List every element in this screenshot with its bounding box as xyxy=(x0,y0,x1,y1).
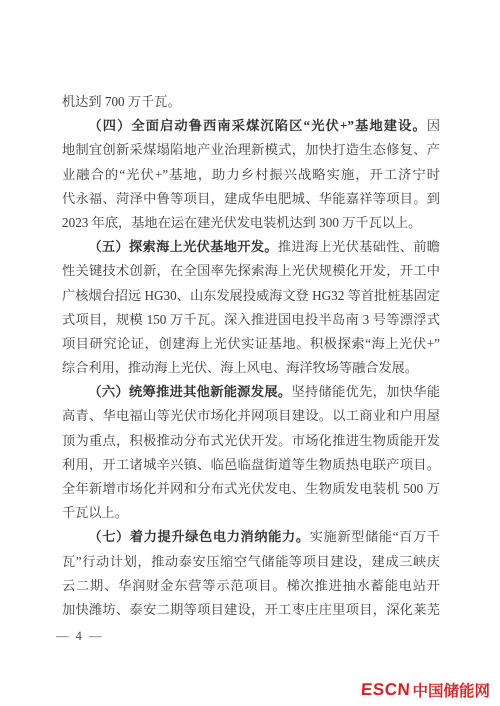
paragraph-text: 实施新型储能“百万千 xyxy=(310,529,440,544)
paragraph-heading: （五）探索海上光伏基地开发。 xyxy=(88,239,278,254)
paragraph-text: 推进海上光伏基础性、前瞻 xyxy=(278,239,440,254)
paragraph-text: 综合利用，推动海上光伏、海上风电、海洋牧场等融合发展。 xyxy=(62,360,418,375)
text-line: 2023 年底，基地在运在建光伏发电装机达到 300 万千瓦以上。 xyxy=(62,211,440,235)
paragraph-text: 千瓦以上。 xyxy=(62,505,128,520)
paragraph-text: 机达到 700 万千瓦。 xyxy=(62,94,181,109)
escn-logo-text-cn: 中国储能网 xyxy=(412,679,490,701)
text-line: 业融合的“光伏+”基地，助力乡村振兴战略实施，开工济宁时 xyxy=(62,163,440,187)
text-line: 性关键技术创新，在全国率先探索海上光伏规模化开发，开工中 xyxy=(62,259,440,283)
text-line: 地制宜创新采煤塌陷地产业治理新模式，加快打造生态修复、产 xyxy=(62,138,440,162)
document-body: 机达到 700 万千瓦。（四）全面启动鲁西南采煤沉陷区“光伏+”基地建设。因地制… xyxy=(62,90,440,622)
text-line: （五）探索海上光伏基地开发。推进海上光伏基础性、前瞻 xyxy=(62,235,440,259)
page-number: — 4 — xyxy=(56,629,104,644)
paragraph-text: 广核烟台招远 HG30、山东发展投威海文登 HG32 等首批桩基固定 xyxy=(62,288,440,303)
paragraph-text: 代永福、菏泽中鲁等项目，建成华电肥城、华能嘉祥等项目。到 xyxy=(62,191,440,206)
text-line: 代永福、菏泽中鲁等项目，建成华电肥城、华能嘉祥等项目。到 xyxy=(62,187,440,211)
text-line: 加快潍坊、泰安二期等项目建设，开工枣庄庄里项目，深化莱芜 xyxy=(62,598,440,622)
text-line: 综合利用，推动海上光伏、海上风电、海洋牧场等融合发展。 xyxy=(62,356,440,380)
paragraph-text: 坚持储能优先，加快华能 xyxy=(291,384,440,399)
paragraph-text: 式项目，规模 150 万千瓦。深入推进国电投半岛南 3 号等漂浮式 xyxy=(62,312,440,327)
paragraph-text: 瓦”行动计划，推动泰安压缩空气储能等项目建设，建成三峡庆 xyxy=(62,554,440,569)
paragraph-text: 顶为重点，积极推动分布式光伏开发。市场化推进生物质能开发 xyxy=(62,433,440,448)
text-line: 高青、华电福山等光伏市场化并网项目建设。以工商业和户用屋 xyxy=(62,404,440,428)
paragraph-text: 项目研究论证，创建海上光伏实证基地。积极探索“海上光伏+” xyxy=(62,336,440,351)
text-line: （四）全面启动鲁西南采煤沉陷区“光伏+”基地建设。因 xyxy=(62,114,440,138)
escn-logo: ESCN 中国储能网 xyxy=(361,679,490,701)
paragraph-text: 性关键技术创新，在全国率先探索海上光伏规模化开发，开工中 xyxy=(62,263,440,278)
paragraph-text: 高青、华电福山等光伏市场化并网项目建设。以工商业和户用屋 xyxy=(62,408,440,423)
text-line: 项目研究论证，创建海上光伏实证基地。积极探索“海上光伏+” xyxy=(62,332,440,356)
text-line: 利用，开工诸城辛兴镇、临邑临盘街道等生物质热电联产项目。 xyxy=(62,453,440,477)
paragraph-text: 业融合的“光伏+”基地，助力乡村振兴战略实施，开工济宁时 xyxy=(62,167,440,182)
text-line: 云二期、华润财金东营等示范项目。梯次推进抽水蓄能电站开发、 xyxy=(62,574,440,598)
text-line: 式项目，规模 150 万千瓦。深入推进国电投半岛南 3 号等漂浮式 xyxy=(62,308,440,332)
paragraph-text: 地制宜创新采煤塌陷地产业治理新模式，加快打造生态修复、产 xyxy=(62,142,440,157)
text-line: 瓦”行动计划，推动泰安压缩空气储能等项目建设，建成三峡庆 xyxy=(62,550,440,574)
text-line: 全年新增市场化并网和分布式光伏发电、生物质发电装机 500 万 xyxy=(62,477,440,501)
paragraph-text: 因 xyxy=(427,118,440,133)
paragraph-text: 利用，开工诸城辛兴镇、临邑临盘街道等生物质热电联产项目。 xyxy=(62,457,440,472)
document-page: 机达到 700 万千瓦。（四）全面启动鲁西南采煤沉陷区“光伏+”基地建设。因地制… xyxy=(0,0,500,706)
paragraph-text: 2023 年底，基地在运在建光伏发电装机达到 300 万千瓦以上。 xyxy=(62,215,421,230)
paragraph-text: 云二期、华润财金东营等示范项目。梯次推进抽水蓄能电站开发、 xyxy=(62,578,440,598)
paragraph-heading: （七）着力提升绿色电力消纳能力。 xyxy=(88,529,309,544)
escn-logo-text-en: ESCN xyxy=(361,680,412,700)
text-line: 千瓦以上。 xyxy=(62,501,440,525)
paragraph-heading: （四）全面启动鲁西南采煤沉陷区“光伏+”基地建设。 xyxy=(88,118,426,133)
text-line: 机达到 700 万千瓦。 xyxy=(62,90,440,114)
paragraph-text: 加快潍坊、泰安二期等项目建设，开工枣庄庄里项目，深化莱芜 xyxy=(62,602,440,617)
paragraph-heading: （六）统筹推进其他新能源发展。 xyxy=(88,384,291,399)
text-line: 广核烟台招远 HG30、山东发展投威海文登 HG32 等首批桩基固定 xyxy=(62,284,440,308)
text-line: （六）统筹推进其他新能源发展。坚持储能优先，加快华能 xyxy=(62,380,440,404)
text-line: 顶为重点，积极推动分布式光伏开发。市场化推进生物质能开发 xyxy=(62,429,440,453)
text-line: （七）着力提升绿色电力消纳能力。实施新型储能“百万千 xyxy=(62,525,440,549)
paragraph-text: 全年新增市场化并网和分布式光伏发电、生物质发电装机 500 万 xyxy=(62,481,440,496)
